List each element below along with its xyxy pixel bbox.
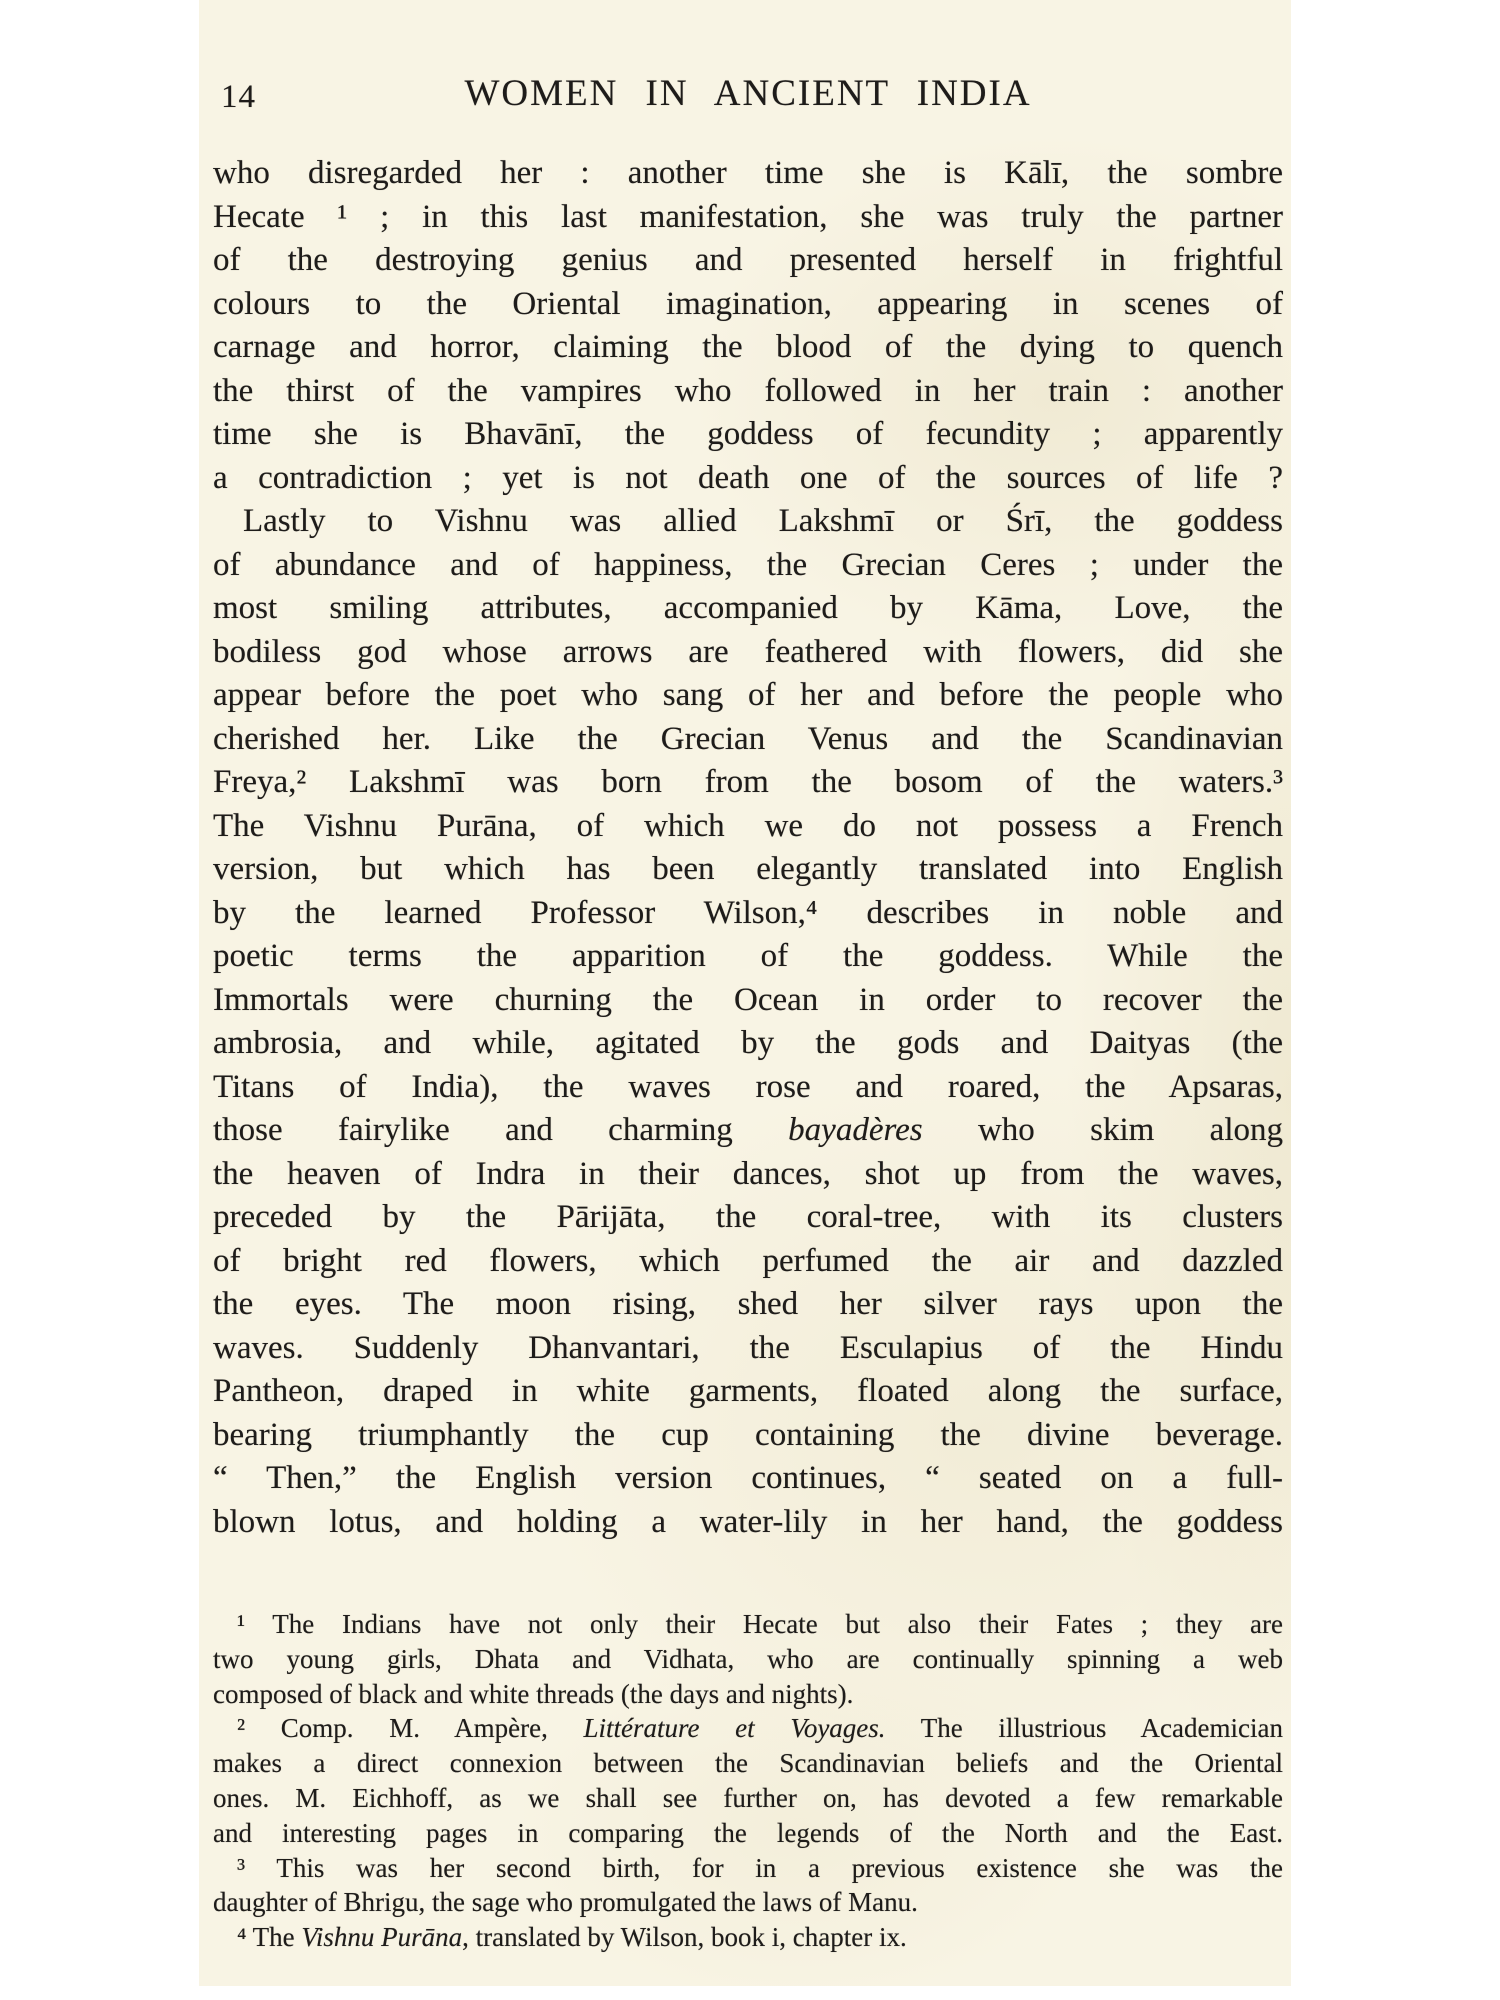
text-line: appear before the poet who sang of her a… xyxy=(213,674,1283,718)
text-line: ambrosia, and while, agitated by the god… xyxy=(213,1022,1283,1066)
text-segment: who skim along xyxy=(923,1112,1283,1148)
text-line: Immortals were churning the Ocean in ord… xyxy=(213,979,1283,1023)
text-line: of abundance and of happiness, the Greci… xyxy=(213,544,1283,588)
text-line: makes a direct connexion between the Sca… xyxy=(213,1746,1283,1781)
text-line: the thirst of the vampires who followed … xyxy=(213,370,1283,414)
text-line: of bright red flowers, which perfumed th… xyxy=(213,1240,1283,1284)
italic-term: bayadères xyxy=(788,1112,922,1148)
text-line: version, but which has been elegantly tr… xyxy=(213,848,1283,892)
text-line: who disregarded her : another time she i… xyxy=(213,152,1283,196)
text-segment: those fairylike and charming xyxy=(213,1112,788,1148)
page-number: 14 xyxy=(221,79,256,116)
text-line: daughter of Bhrigu, the sage who promulg… xyxy=(213,1885,1283,1920)
text-line: bearing triumphantly the cup containing … xyxy=(213,1414,1283,1458)
text-line: waves. Suddenly Dhanvantari, the Esculap… xyxy=(213,1327,1283,1371)
text-line: ⁴ The Vishnu Purāna, translated by Wilso… xyxy=(213,1920,1283,1955)
text-line: the heaven of Indra in their dances, sho… xyxy=(213,1153,1283,1197)
text-line: carnage and horror, claiming the blood o… xyxy=(213,326,1283,370)
text-line: “ Then,” the English version continues, … xyxy=(213,1457,1283,1501)
text-line: bodiless god whose arrows are feathered … xyxy=(213,631,1283,675)
text-line: Pantheon, draped in white garments, floa… xyxy=(213,1370,1283,1414)
text-line: ones. M. Eichhoff, as we shall see furth… xyxy=(213,1781,1283,1816)
text-line: a contradiction ; yet is not death one o… xyxy=(213,457,1283,501)
footnotes: ¹ The Indians have not only their Hecate… xyxy=(213,1607,1283,1955)
text-line: colours to the Oriental imagination, app… xyxy=(213,283,1283,327)
text-segment: ² Comp. M. Ampère, xyxy=(237,1713,584,1743)
text-line: Lastly to Vishnu was allied Lakshmī or Ś… xyxy=(213,500,1283,544)
body-text: who disregarded her : another time she i… xyxy=(213,152,1283,1544)
italic-term: Vishnu Purāna xyxy=(301,1922,462,1952)
text-line: most smiling attributes, accompanied by … xyxy=(213,587,1283,631)
text-line: ² Comp. M. Ampère, Littérature et Voyage… xyxy=(213,1711,1283,1746)
book-page-scan: 14 WOMEN IN ANCIENT INDIA who disregarde… xyxy=(199,0,1291,1986)
text-line: blown lotus, and holding a water-lily in… xyxy=(213,1501,1283,1545)
text-line: The Vishnu Purāna, of which we do not po… xyxy=(213,805,1283,849)
text-line: by the learned Professor Wilson,⁴ descri… xyxy=(213,892,1283,936)
text-line: Hecate ¹ ; in this last manifestation, s… xyxy=(213,196,1283,240)
text-line: Titans of India), the waves rose and roa… xyxy=(213,1066,1283,1110)
text-line: those fairylike and charming bayadères w… xyxy=(213,1109,1283,1153)
page-background: { "colors": { "page_background": "#f8f4e… xyxy=(0,0,1500,2000)
italic-term: Littérature et Voyages. xyxy=(584,1713,886,1743)
text-line: and interesting pages in comparing the l… xyxy=(213,1816,1283,1851)
text-segment: , translated by Wilson, book i, chapter … xyxy=(462,1922,907,1952)
text-line: ¹ The Indians have not only their Hecate… xyxy=(213,1607,1283,1642)
text-line: preceded by the Pārijāta, the coral-tree… xyxy=(213,1196,1283,1240)
running-title: WOMEN IN ANCIENT INDIA xyxy=(213,72,1283,115)
text-line: of the destroying genius and presented h… xyxy=(213,239,1283,283)
text-line: ³ This was her second birth, for in a pr… xyxy=(213,1851,1283,1886)
text-line: Freya,² Lakshmī was born from the bosom … xyxy=(213,761,1283,805)
text-line: cherished her. Like the Grecian Venus an… xyxy=(213,718,1283,762)
text-line: composed of black and white threads (the… xyxy=(213,1677,1283,1712)
text-line: two young girls, Dhata and Vidhata, who … xyxy=(213,1642,1283,1677)
page-header: 14 WOMEN IN ANCIENT INDIA xyxy=(213,72,1283,120)
text-line: poetic terms the apparition of the godde… xyxy=(213,935,1283,979)
text-segment: The illustrious Academician xyxy=(886,1713,1283,1743)
text-segment: ⁴ The xyxy=(237,1922,301,1952)
text-line: time she is Bhavānī, the goddess of fecu… xyxy=(213,413,1283,457)
text-line: the eyes. The moon rising, shed her silv… xyxy=(213,1283,1283,1327)
